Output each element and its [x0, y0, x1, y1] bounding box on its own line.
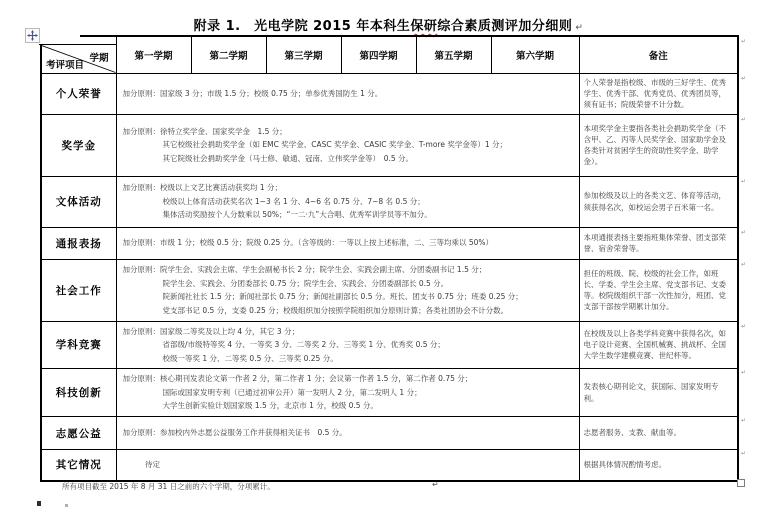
rule-line: 待定 [123, 458, 573, 472]
table-row: 文体活动加分原则：校级以上文艺比赛活动获奖均 1 分；校级以上体育活动获奖名次 … [41, 176, 738, 227]
table-row: 学科竞赛加分原则：国家级二等奖及以上均 4 分，其它 3 分；省部级/市级特等奖… [41, 321, 738, 369]
score-rules-cell: 加分原则：国家级二等奖及以上均 4 分，其它 3 分；省部级/市级特等奖 4 分… [116, 321, 579, 369]
remark-cell: 在校级及以上各类学科竞赛中获得名次，如电子设计竞赛、全国机械赛、挑战杯、全国大学… [579, 321, 738, 369]
corner-label-semester: 学期 [89, 50, 108, 64]
table-row: 科技创新加分原则：核心期刊发表论文第一作者 2 分，第二作者 1 分；会议第一作… [41, 369, 738, 417]
row-end-mark-icon: ↵ [741, 178, 746, 185]
header-semester-6: 第六学期 [491, 36, 579, 73]
move-icon [27, 30, 38, 41]
row-end-mark-icon: ↵ [741, 450, 746, 457]
empty-paragraph-mark [65, 504, 68, 507]
row-label: 其它情况 [41, 450, 116, 481]
rule-line: 大学生创新实验计划国家级 1.5 分，北京市 1 分，校级 0.5 分。 [123, 399, 573, 413]
header-row: 学期 考评项目 第一学期 第二学期 第三学期 第四学期 第五学期 第六学期 备注 [41, 36, 738, 73]
table-row: 个人荣誉加分原则：国家级 3 分；市级 1.5 分；校级 0.75 分；单参优秀… [41, 73, 738, 114]
row-end-mark-icon: ↵ [741, 323, 746, 330]
header-semester-5: 第五学期 [416, 36, 491, 73]
rule-line: 其它校级社会捐助奖学金（如 EMC 奖学金、CASC 奖学金、CASIC 奖学金… [123, 138, 573, 152]
section-mark [37, 501, 41, 506]
row-end-mark-icon: ↵ [741, 38, 746, 45]
row-label: 社会工作 [41, 259, 116, 321]
row-end-mark-icon: ↵ [741, 75, 746, 82]
remark-cell: 志愿者服务、支教、献血等。 [579, 417, 738, 450]
word-document-canvas: { "page": { "title_prefix": "附录 1. 光电学院 … [0, 0, 762, 519]
rule-line: 加分原则：院学生会、实践会主席、学生会副秘书长 2 分；院学生会、实践会副主席、… [123, 263, 573, 277]
score-rules-cell: 加分原则：市级 1 分；校级 0.5 分；院级 0.25 分。（含等级的：一等以… [116, 227, 579, 259]
row-label: 奖学金 [41, 114, 116, 176]
table-move-handle[interactable] [25, 28, 40, 43]
rule-line: 加分原则：核心期刊发表论文第一作者 2 分，第二作者 1 分；会议第一作者 1.… [123, 372, 573, 386]
table-resize-handle[interactable] [737, 479, 745, 487]
rule-line: 集体活动奖励按个人分数乘以 50%；“一二·九”大合唱、优秀军训学员等不加分。 [123, 208, 573, 222]
table-top-notch [38, 31, 80, 44]
table-row: 社会工作加分原则：院学生会、实践会主席、学生会副秘书长 2 分；院学生会、实践会… [41, 259, 738, 321]
header-semester-3: 第三学期 [266, 36, 341, 73]
rule-line: 加分原则：徐特立奖学金、国家奖学金 1.5 分； [123, 125, 573, 139]
score-rules-cell: 加分原则：校级以上文艺比赛活动获奖均 1 分；校级以上体育活动获奖名次 1~3 … [116, 176, 579, 227]
rule-line: 党支部书记 0.5 分，支委 0.25 分；校级组织加分按照学院组织加分原则计算… [123, 304, 573, 318]
row-end-mark-icon: ↵ [741, 261, 746, 268]
title-spellcheck-word: 保研 [410, 19, 437, 34]
row-label: 文体活动 [41, 176, 116, 227]
rule-line: 校级一等奖 1 分、二等奖 0.5 分、三等奖 0.25 分。 [123, 352, 573, 366]
score-rules-cell: 加分原则：院学生会、实践会主席、学生会副秘书长 2 分；院学生会、实践会副主席、… [116, 259, 579, 321]
paragraph-mark-icon: ↵ [575, 23, 583, 33]
row-end-mark-icon: ↵ [741, 116, 746, 123]
remark-cell: 本项奖学金主要指各类社会捐助奖学金（不含甲、乙、丙等人民奖学金、国家助学金及各类… [579, 114, 738, 176]
header-remark: 备注 [579, 36, 738, 73]
score-rules-cell: 待定 [116, 450, 579, 481]
remark-cell: 参加校级及以上的各类文艺、体育等活动，须获得名次，如校运会男子百米第一名。 [579, 176, 738, 227]
footer-paragraph-mark-icon: ↵ [432, 480, 439, 489]
remark-cell: 个人荣誉是指校级、市级的三好学生、优秀学生、优秀干部、优秀党员、优秀团员等，须有… [579, 73, 738, 114]
rule-line: 国际或国家发明专利（已通过初审公开）第一发明人 2 分，第二发明人 1 分； [123, 386, 573, 400]
title-text: 附录 1. 光电学院 2015 年本科生 [194, 19, 411, 34]
title-text-suffix: 综合素质测评加分细则 [437, 19, 572, 34]
row-label: 通报表扬 [41, 227, 116, 259]
rule-line: 院新闻社社长 1.5 分；新闻社部长 0.75 分；新闻社副部长 0.5 分。班… [123, 290, 573, 304]
row-label: 志愿公益 [41, 417, 116, 450]
rule-line: 其它院级社会捐助奖学金（马士修、敏通、冠南、立伟奖学金等） 0.5 分。 [123, 152, 573, 166]
remark-cell: 担任的班级、院、校级的社会工作，如班长、学委、学生会主席、党支部书记、支委等。校… [579, 259, 738, 321]
row-end-mark-icon: ↵ [741, 369, 746, 376]
header-semester-4: 第四学期 [341, 36, 416, 73]
corner-label-category: 考评项目 [46, 57, 84, 71]
table-row: 奖学金加分原则：徐特立奖学金、国家奖学金 1.5 分；其它校级社会捐助奖学金（如… [41, 114, 738, 176]
table-row: 志愿公益加分原则：参加校内外志愿公益服务工作并获得相关证书 0.5 分。志愿者服… [41, 417, 738, 450]
score-rules-cell: 加分原则：参加校内外志愿公益服务工作并获得相关证书 0.5 分。 [116, 417, 579, 450]
remark-cell: 根据具体情况酌情考虑。 [579, 450, 738, 481]
rule-line: 加分原则：国家级 3 分；市级 1.5 分；校级 0.75 分；单参优秀国防生 … [123, 87, 573, 101]
row-label: 个人荣誉 [41, 73, 116, 114]
remark-cell: 发表核心期刊论文，获国际、国家发明专利。 [579, 369, 738, 417]
score-rules-cell: 加分原则：国家级 3 分；市级 1.5 分；校级 0.75 分；单参优秀国防生 … [116, 73, 579, 114]
evaluation-rules-table: 学期 考评项目 第一学期 第二学期 第三学期 第四学期 第五学期 第六学期 备注… [40, 35, 739, 482]
corner-cell-top-border [39, 44, 116, 45]
header-semester-1: 第一学期 [116, 36, 191, 73]
rule-line: 校级以上体育活动获奖名次 1~3 名 1 分、4~6 名 0.75 分、7~8 … [123, 195, 573, 209]
rule-line: 加分原则：国家级二等奖及以上均 4 分，其它 3 分； [123, 325, 573, 339]
rule-line: 加分原则：参加校内外志愿公益服务工作并获得相关证书 0.5 分。 [123, 426, 573, 440]
rule-line: 加分原则：校级以上文艺比赛活动获奖均 1 分； [123, 181, 573, 195]
score-rules-cell: 加分原则：核心期刊发表论文第一作者 2 分，第二作者 1 分；会议第一作者 1.… [116, 369, 579, 417]
remark-cell: 本项通报表扬主要指班集体荣誉、团支部荣誉、宿舍荣誉等。 [579, 227, 738, 259]
row-end-mark-icon: ↵ [741, 229, 746, 236]
table-row: 通报表扬加分原则：市级 1 分；校级 0.5 分；院级 0.25 分。（含等级的… [41, 227, 738, 259]
rule-line: 加分原则：市级 1 分；校级 0.5 分；院级 0.25 分。（含等级的：一等以… [123, 236, 573, 250]
document-title: 附录 1. 光电学院 2015 年本科生保研综合素质测评加分细则↵ [40, 15, 737, 34]
footer-note: 所有项目截至 2015 年 8 月 31 日之前的六个学期，分项累计。 [62, 481, 275, 492]
row-label: 科技创新 [41, 369, 116, 417]
rule-line: 省部级/市级特等奖 4 分、一等奖 3 分、二等奖 2 分、三等奖 1 分、优秀… [123, 338, 573, 352]
score-rules-cell: 加分原则：徐特立奖学金、国家奖学金 1.5 分；其它校级社会捐助奖学金（如 EM… [116, 114, 579, 176]
header-semester-2: 第二学期 [191, 36, 266, 73]
row-label: 学科竞赛 [41, 321, 116, 369]
table-row: 其它情况 待定根据具体情况酌情考虑。 [41, 450, 738, 481]
rule-line: 院学生会、实践会、分团委部长 0.75 分；院学生会、实践会、分团委副部长 0.… [123, 277, 573, 291]
row-end-mark-icon: ↵ [741, 417, 746, 424]
